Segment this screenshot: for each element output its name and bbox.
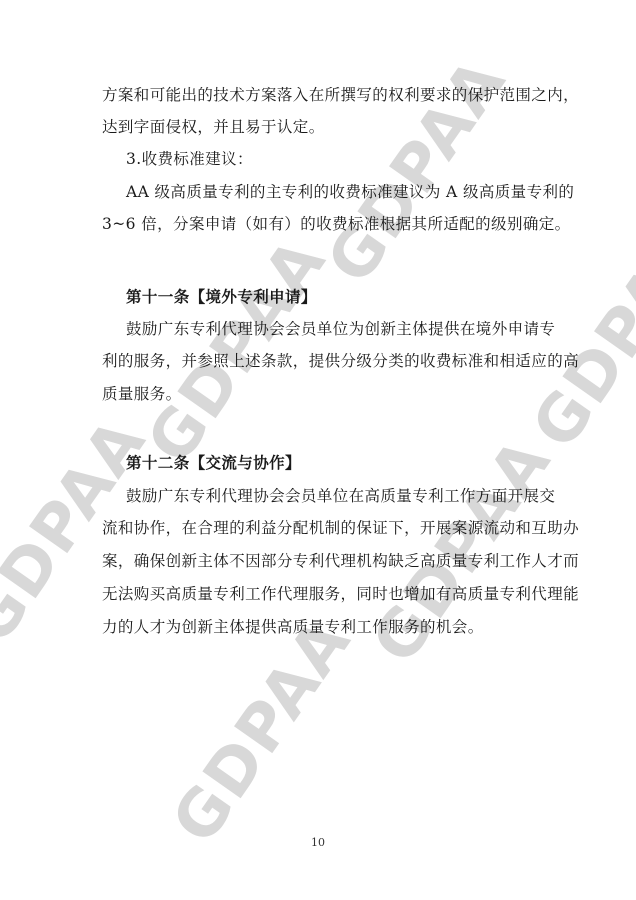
body-text-line: 3~6 倍，分案申请（如有）的收费标准根据其所适配的级别确定。 — [102, 215, 571, 233]
body-text-line: 流和协作，在合理的利益分配机制的保证下，开展案源流动和互助办 — [102, 519, 579, 537]
body-text-line: 方案和可能出的技术方案落入在所撰写的权利要求的保护范围之内， — [102, 86, 579, 104]
body-text-line: 质量服务。 — [102, 385, 182, 403]
body-text-line: 达到字面侵权，并且易于认定。 — [102, 118, 325, 136]
body-text-line: 案，确保创新主体不因部分专利代理机构缺乏高质量专利工作人才而 — [102, 552, 579, 570]
body-text-line: AA 级高质量专利的主专利的收费标准建议为 A 级高质量专利的 — [126, 183, 574, 201]
article-11-title: 第十一条【境外专利申请】 — [126, 288, 317, 306]
body-text-line: 利的服务，并参照上述条款，提供分级分类的收费标准和相适应的高 — [102, 352, 579, 370]
subsection-heading: 3.收费标准建议： — [126, 150, 253, 168]
page-number: 10 — [0, 836, 636, 849]
body-text-line: 鼓励广东专利代理协会会员单位在高质量专利工作方面开展交 — [126, 487, 555, 505]
document-page: 方案和可能出的技术方案落入在所撰写的权利要求的保护范围之内， 达到字面侵权，并且… — [0, 0, 636, 900]
body-text-line: 鼓励广东专利代理协会会员单位为创新主体提供在境外申请专 — [126, 320, 555, 338]
body-text-line: 力的人才为创新主体提供高质量专利工作服务的机会。 — [102, 618, 484, 636]
body-text-line: 无法购买高质量专利工作代理服务，同时也增加有高质量专利代理能 — [102, 585, 579, 603]
article-12-title: 第十二条【交流与协作】 — [126, 454, 301, 472]
